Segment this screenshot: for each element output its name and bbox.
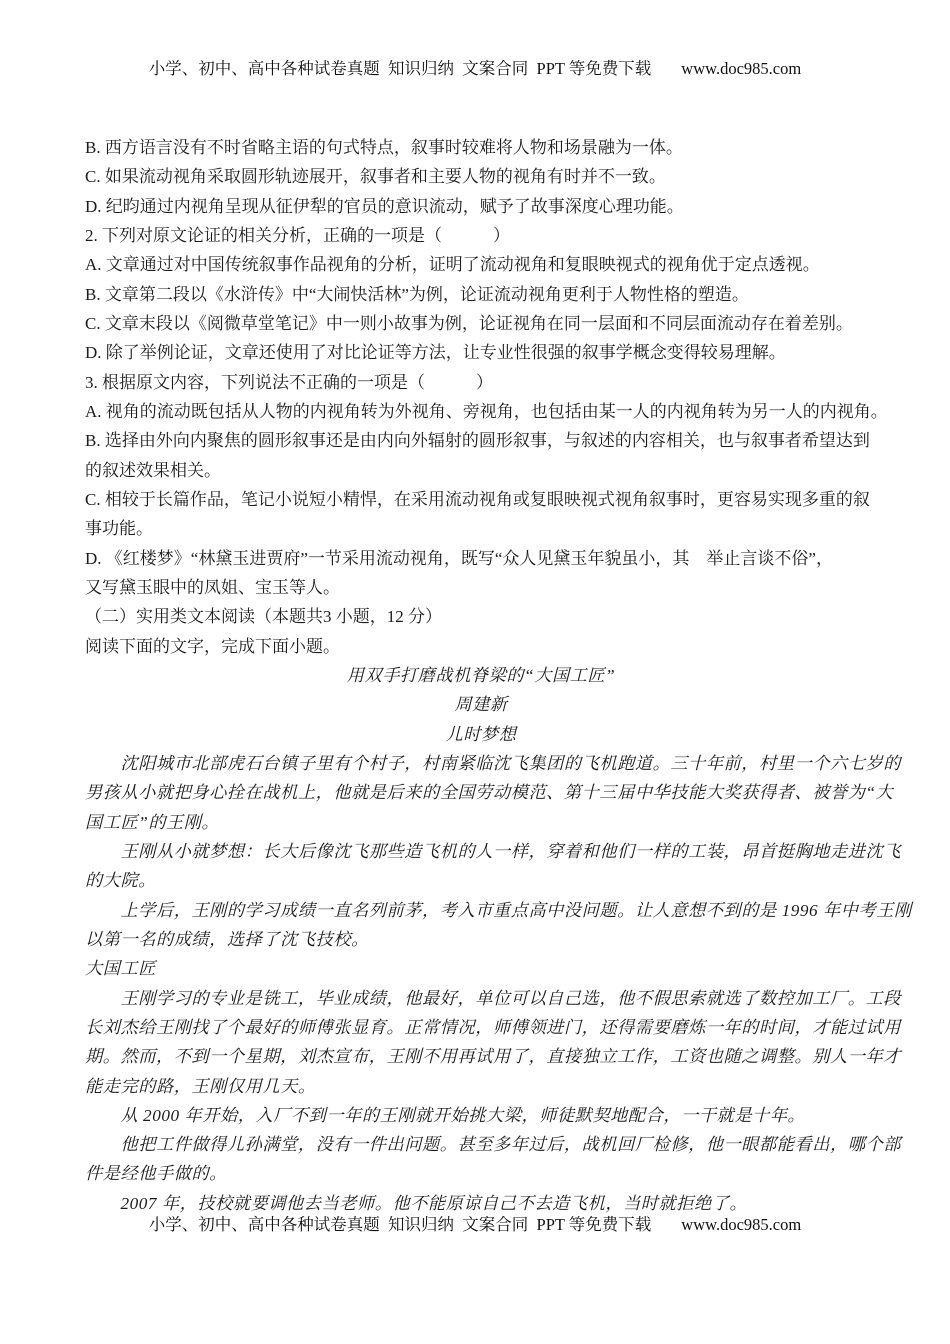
question-line: 3. 根据原文内容，下列说法不正确的一项是（ ） bbox=[85, 368, 877, 397]
option-line: D. 《红楼梦》“林黛玉进贾府”一节采用流动视角，既写“众人见黛玉年貌虽小，其 … bbox=[85, 544, 877, 573]
article-subheading: 儿时梦想 bbox=[85, 720, 877, 749]
passage-line: 上学后，王刚的学习成绩一直名列前茅，考入市重点高中没问题。让人意想不到的是 19… bbox=[85, 896, 877, 925]
passage-line: 以第一名的成绩，选择了沈飞技校。 bbox=[85, 925, 877, 954]
option-line: A. 文章通过对中国传统叙事作品视角的分析，证明了流动视角和复眼映视式的视角优于… bbox=[85, 250, 877, 279]
passage-line: 他把工件做得儿孙满堂，没有一件出问题。甚至多年过后，战机回厂检修，他一眼都能看出… bbox=[85, 1130, 877, 1159]
document-body: B. 西方语言没有不时省略主语的句式特点，叙事时较难将人物和场景融为一体。 C.… bbox=[85, 133, 877, 1218]
header-promo-text: 小学、初中、高中各种试卷真题 知识归纳 文案合同 PPT 等免费下载 bbox=[149, 59, 652, 78]
option-line: B. 文章第二段以《水浒传》中“大闹快活林”为例，论证流动视角更利于人物性格的塑… bbox=[85, 280, 877, 309]
option-line: D. 纪昀通过内视角呈现从征伊犁的官员的意识流动，赋予了故事深度心理功能。 bbox=[85, 192, 877, 221]
passage-line: 的大院。 bbox=[85, 866, 877, 895]
option-line: 事功能。 bbox=[85, 514, 877, 543]
passage-line: 王刚从小就梦想：长大后像沈飞那些造飞机的人一样，穿着和他们一样的工装，昂首挺胸地… bbox=[85, 837, 877, 866]
passage-line: 王刚学习的专业是铣工，毕业成绩，他最好，单位可以自己选，他不假思索就选了数控加工… bbox=[85, 984, 877, 1013]
footer-promo-text: 小学、初中、高中各种试卷真题 知识归纳 文案合同 PPT 等免费下载 bbox=[149, 1215, 652, 1234]
option-line: 的叙述效果相关。 bbox=[85, 456, 877, 485]
option-line: 又写黛玉眼中的凤姐、宝玉等人。 bbox=[85, 573, 877, 602]
passage-line: 期。然而，不到一个星期，刘杰宣布，王刚不用再试用了，直接独立工作，工资也随之调整… bbox=[85, 1042, 877, 1071]
header-site-url[interactable]: www.doc985.com bbox=[681, 59, 801, 78]
page-footer: 小学、初中、高中各种试卷真题 知识归纳 文案合同 PPT 等免费下载www.do… bbox=[0, 1211, 950, 1235]
passage-line: 男孩从小就把身心拴在战机上，他就是后来的全国劳动模范、第十三届中华技能大奖获得者… bbox=[85, 778, 877, 807]
passage-line: 能走完的路，王刚仅用几天。 bbox=[85, 1072, 877, 1101]
article-subheading: 大国工匠 bbox=[85, 954, 877, 983]
option-line: A. 视角的流动既包括从人物的内视角转为外视角、旁视角，也包括由某一人的内视角转… bbox=[85, 397, 877, 426]
document-page: 小学、初中、高中各种试卷真题 知识归纳 文案合同 PPT 等免费下载www.do… bbox=[0, 0, 950, 1344]
option-line: D. 除了举例论证，文章还使用了对比论证等方法，让专业性很强的叙事学概念变得较易… bbox=[85, 338, 877, 367]
passage-line: 长刘杰给王刚找了个最好的师傅张显育。正常情况，师傅领进门，还得需要磨炼一年的时间… bbox=[85, 1013, 877, 1042]
option-line: B. 西方语言没有不时省略主语的句式特点，叙事时较难将人物和场景融为一体。 bbox=[85, 133, 877, 162]
passage-line: 沈阳城市北部虎石台镇子里有个村子，村南紧临沈飞集团的飞机跑道。三十年前，村里一个… bbox=[85, 749, 877, 778]
passage-line: 国工匠”的王刚。 bbox=[85, 808, 877, 837]
instruction-line: 阅读下面的文字，完成下面小题。 bbox=[85, 632, 877, 661]
option-line: C. 如果流动视角采取圆形轨迹展开，叙事者和主要人物的视角有时并不一致。 bbox=[85, 162, 877, 191]
section-heading: （二）实用类文本阅读（本题共3 小题，12 分） bbox=[85, 602, 877, 631]
article-author: 周建新 bbox=[85, 690, 877, 719]
passage-line: 从 2000 年开始，入厂不到一年的王刚就开始挑大梁，师徒默契地配合，一干就是十… bbox=[85, 1101, 877, 1130]
footer-site-url[interactable]: www.doc985.com bbox=[681, 1215, 801, 1234]
passage-line: 件是经他手做的。 bbox=[85, 1159, 877, 1188]
article-title: 用双手打磨战机脊梁的“大国工匠” bbox=[85, 661, 877, 690]
option-line: C. 文章末段以《阅微草堂笔记》中一则小故事为例，论证视角在同一层面和不同层面流… bbox=[85, 309, 877, 338]
question-line: 2. 下列对原文论证的相关分析，正确的一项是（ ） bbox=[85, 221, 877, 250]
option-line: B. 选择由外向内聚焦的圆形叙事还是由内向外辐射的圆形叙事，与叙述的内容相关，也… bbox=[85, 426, 877, 455]
option-line: C. 相较于长篇作品，笔记小说短小精悍，在采用流动视角或复眼映视式视角叙事时，更… bbox=[85, 485, 877, 514]
page-header: 小学、初中、高中各种试卷真题 知识归纳 文案合同 PPT 等免费下载www.do… bbox=[0, 55, 950, 79]
